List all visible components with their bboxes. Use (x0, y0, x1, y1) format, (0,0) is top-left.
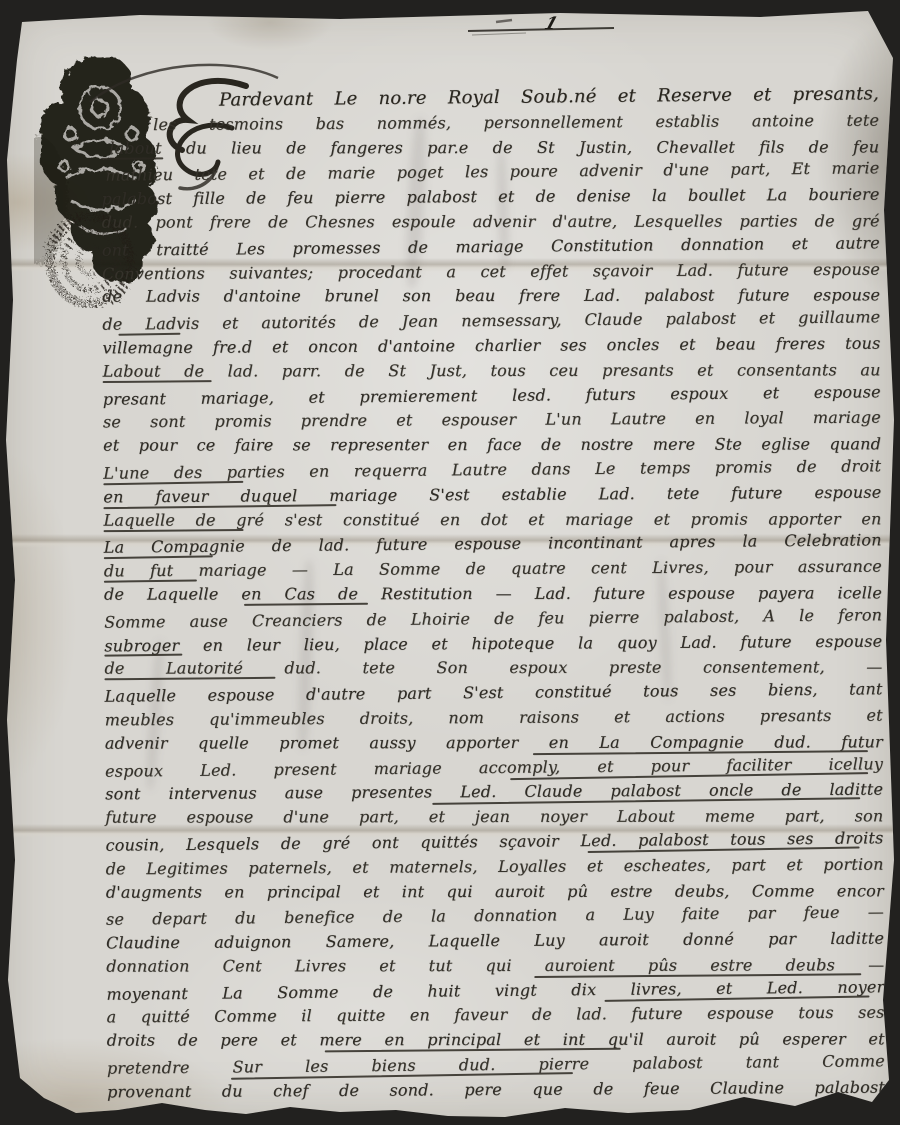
folio-number: 1 (466, 18, 618, 42)
manuscript-line: en faveur duquel mariage S'est establie … (103, 480, 881, 510)
manuscript-line: se sont promis prendre et espouser L'un … (103, 406, 881, 436)
manuscript-line: de Legitimes paternels, et maternels, Lo… (106, 852, 884, 882)
manuscript-line: a quitté Comme il quitte en faveur de la… (107, 1001, 885, 1031)
manuscript-line: villemagne fre.d et oncon d'antoine char… (102, 332, 880, 362)
manuscript-text: Pardevant Le no.re Royal Soub.né et Rese… (101, 84, 885, 1105)
underline-stroke (104, 677, 275, 680)
manuscript-line: Labout de lad. parr. de St Just, tous ce… (103, 358, 881, 384)
underline-stroke (103, 380, 212, 383)
manuscript-line: advenir quelle promet aussy apporter en … (105, 730, 883, 756)
manuscript-line: subroger en leur lieu, place et hipotequ… (104, 629, 882, 659)
manuscript-line: sont intervenus ause presentes Led. Clau… (105, 778, 883, 808)
document-scan: 1 (0, 0, 900, 1125)
manuscript-paper: 1 (0, 0, 900, 1125)
manuscript-line: Claudine aduignon Samere, Laquelle Luy a… (106, 927, 884, 957)
underline-stroke (101, 157, 163, 160)
manuscript-line: Conventions suivantes; procedant a cet e… (102, 257, 880, 287)
manuscript-line: les tesmoins bas nommés, personnellement… (101, 108, 879, 138)
manuscript-line: du fut mariage — La Somme de quatre cent… (104, 555, 882, 585)
manuscript-line: meubles qu'immeubles droits, nom raisons… (105, 704, 883, 734)
manuscript-line: provenant du chef de sond. pere que de f… (107, 1075, 885, 1105)
underline-stroke (244, 603, 368, 606)
manuscript-line: palabost fille de feu pierre palabost et… (102, 183, 880, 213)
